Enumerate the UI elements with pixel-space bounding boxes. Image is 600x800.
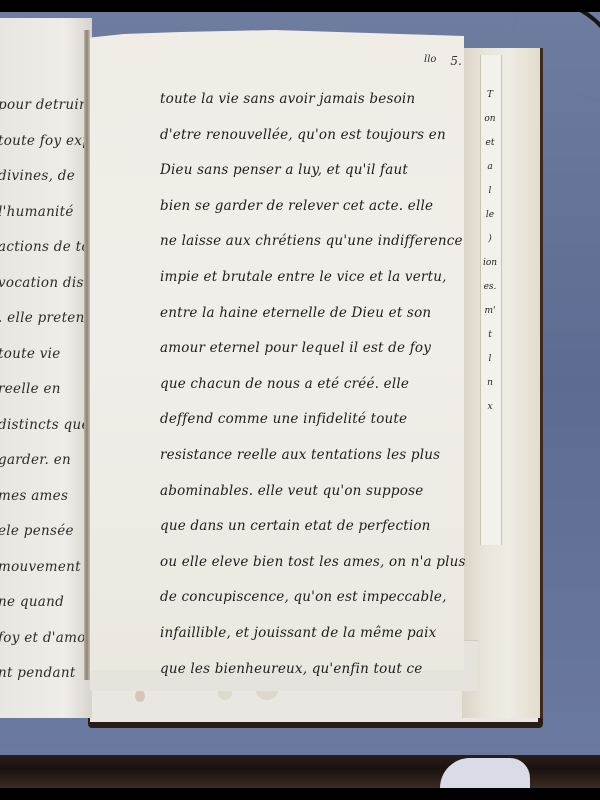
handwritten-line: actions de tou xyxy=(0,230,92,266)
handwritten-line: Dieu sans penser a luy, et qu'il faut xyxy=(160,153,465,189)
slip-letter: ) xyxy=(488,234,492,244)
slip-letter: ion xyxy=(483,258,497,268)
letterbox-top xyxy=(0,0,600,12)
paper-stain xyxy=(135,690,145,702)
slip-letter: m' xyxy=(484,306,495,316)
folio-number: llo 5. xyxy=(424,54,462,68)
slip-letter: l xyxy=(489,354,492,364)
handwritten-line: mouvement xyxy=(0,550,92,586)
book-gutter xyxy=(84,30,90,680)
manuscript-photo: T on et a l le ) ion es. m' t l n x pour… xyxy=(0,0,600,800)
handwritten-line: ele pensée xyxy=(0,514,92,550)
slip-text: T on et a l le ) ion es. m' t l n x xyxy=(481,90,499,412)
handwritten-line: . elle pretend xyxy=(0,301,92,337)
handwritten-line: mes ames xyxy=(0,479,92,515)
handwritten-line: que dans un certain etat de perfection xyxy=(160,509,465,545)
handwritten-line: que chacun de nous a eté créé. elle xyxy=(160,367,465,403)
inserted-slips xyxy=(462,48,543,718)
handwritten-line: ou elle eleve bien tost les ames, on n'a… xyxy=(160,545,465,581)
handwritten-line: pour detruire xyxy=(0,88,92,124)
folio-small-mark: llo xyxy=(424,54,436,68)
handwritten-line: amour eternel pour lequel il est de foy xyxy=(160,331,465,367)
white-cloth xyxy=(440,758,530,788)
handwritten-line: divines, de xyxy=(0,159,92,195)
slip-letter: l xyxy=(489,186,492,196)
handwritten-line: de concupiscence, qu'on est impeccable, xyxy=(160,580,465,616)
handwritten-line: impie et brutale entre le vice et la ver… xyxy=(160,260,465,296)
handwritten-line: reelle en xyxy=(0,372,92,408)
handwritten-line: deffend comme une infidelité toute xyxy=(160,402,465,438)
handwritten-line: l'humanité xyxy=(0,195,92,231)
slip-letter: a xyxy=(487,162,492,172)
handwritten-line: toute vie xyxy=(0,337,92,373)
handwritten-line: bien se garder de relever cet acte. elle xyxy=(160,189,465,225)
slip-letter: on xyxy=(484,114,495,124)
handwritten-line: nt pendant xyxy=(0,656,92,692)
handwritten-line: d'etre renouvellée, qu'on est toujours e… xyxy=(160,118,465,154)
slip-letter: es. xyxy=(484,282,497,292)
slip-letter: t xyxy=(488,330,492,340)
handwritten-line: entre la haine eternelle de Dieu et son xyxy=(160,296,465,332)
slip-letter: n xyxy=(487,378,493,388)
handwritten-line: vocation distin xyxy=(0,266,92,302)
handwritten-line: ne laisse aux chrétiens qu'une indiffere… xyxy=(160,224,465,260)
handwritten-line: toute foy explic xyxy=(0,124,92,160)
folio-page-number: 5. xyxy=(450,54,461,68)
letterbox-bottom xyxy=(0,788,600,800)
slip-letter: T xyxy=(487,90,493,100)
right-page-text: toute la vie sans avoir jamais besoin d'… xyxy=(160,82,465,687)
handwritten-line: resistance reelle aux tentations les plu… xyxy=(160,438,465,474)
slip-letter: et xyxy=(486,138,495,148)
slip-letter: le xyxy=(486,210,494,220)
handwritten-line: ne quand xyxy=(0,585,92,621)
handwritten-line: infaillible, et jouissant de la même pai… xyxy=(160,616,465,652)
handwritten-line: que les bienheureux, qu'enfin tout ce xyxy=(160,652,465,688)
handwritten-line: foy et d'amour xyxy=(0,621,92,657)
handwritten-line: abominables. elle veut qu'on suppose xyxy=(160,474,465,510)
handwritten-line: toute la vie sans avoir jamais besoin xyxy=(160,82,465,118)
handwritten-line: garder. en xyxy=(0,443,92,479)
left-page: pour detruire toute foy explic divines, … xyxy=(0,18,92,718)
handwritten-line: distincts que xyxy=(0,408,92,444)
slip-letter: x xyxy=(487,402,492,412)
